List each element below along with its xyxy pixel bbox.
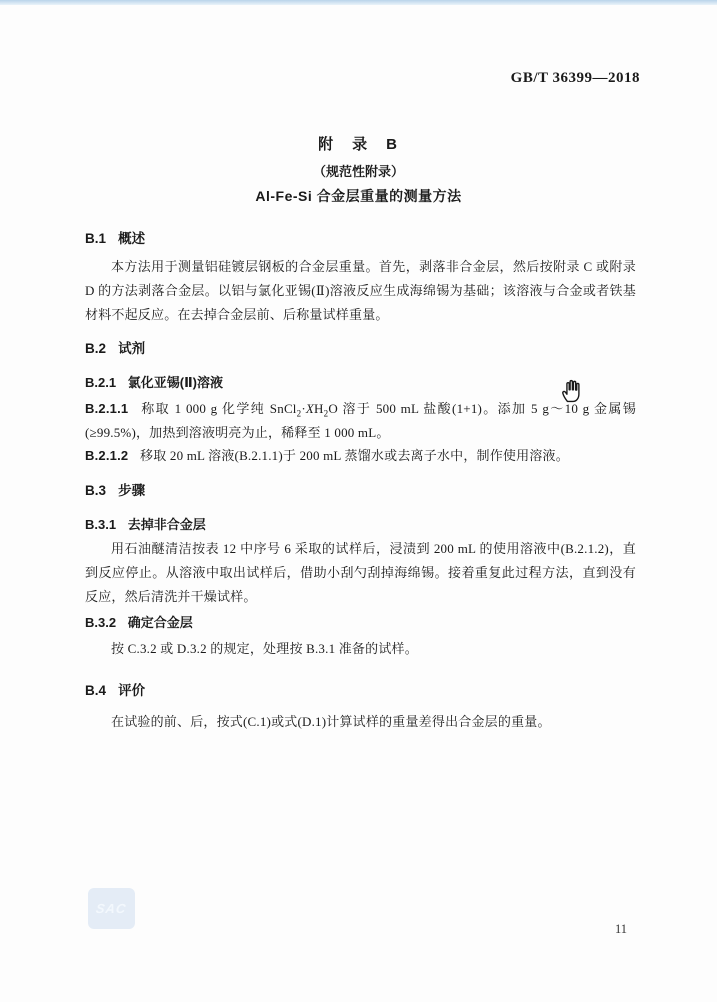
heading-b4-title: 评价 [118, 683, 145, 698]
heading-b21-title: 氯化亚锡(Ⅱ)溶液 [128, 375, 223, 390]
heading-b3-label: B.3 [85, 483, 106, 498]
appendix-title-block: 附 录 B （规范性附录） Al-Fe-Si 合金层重量的测量方法 [0, 133, 717, 206]
sac-watermark-logo: SAC [88, 888, 135, 929]
heading-b3-title: 步骤 [118, 483, 145, 498]
paragraph-b31: 用石油醚清洁按表 12 中序号 6 采取的试样后，浸渍到 200 mL 的使用溶… [85, 537, 636, 609]
chem-h: H [314, 401, 324, 416]
appendix-method-title: Al-Fe-Si 合金层重量的测量方法 [0, 186, 717, 206]
document-page: GB/T 36399—2018 附 录 B （规范性附录） Al-Fe-Si 合… [0, 0, 717, 1002]
heading-b21: B.2.1氯化亚锡(Ⅱ)溶液 [85, 372, 223, 391]
paragraph-b4: 在试验的前、后，按式(C.1)或式(D.1)计算试样的重量差得出合金层的重量。 [85, 710, 636, 734]
clause-b211-text-before: 称取 1 000 g 化学纯 SnCl [140, 401, 297, 416]
heading-b31: B.3.1去掉非合金层 [85, 514, 206, 533]
heading-b32: B.3.2确定合金层 [85, 612, 193, 631]
appendix-title: 附 录 B [0, 133, 717, 154]
heading-b32-label: B.3.2 [85, 615, 116, 630]
heading-b2-label: B.2 [85, 341, 106, 356]
hand-cursor-icon [558, 376, 584, 404]
clause-b212-text: 移取 20 mL 溶液(B.2.1.1)于 200 mL 蒸馏水或去离子水中，制… [140, 448, 569, 463]
heading-b4-label: B.4 [85, 683, 106, 698]
paragraph-b1: 本方法用于测量铝硅镀层钢板的合金层重量。首先，剥落非合金层，然后按附录 C 或附… [85, 255, 636, 327]
heading-b1-title: 概述 [118, 231, 145, 246]
heading-b1: B.1概述 [85, 227, 145, 247]
heading-b2-title: 试剂 [118, 341, 145, 356]
paragraph-b32: 按 C.3.2 或 D.3.2 的规定，处理按 B.3.1 准备的试样。 [85, 637, 636, 661]
heading-b21-label: B.2.1 [85, 375, 116, 390]
clause-b212: B.2.1.2移取 20 mL 溶液(B.2.1.1)于 200 mL 蒸馏水或… [85, 444, 636, 468]
clause-b211-label: B.2.1.1 [85, 401, 128, 416]
clause-b211: B.2.1.1称取 1 000 g 化学纯 SnCl2·XH2O 溶于 500 … [85, 397, 636, 445]
heading-b32-title: 确定合金层 [128, 615, 193, 630]
page-number: 11 [606, 922, 636, 937]
heading-b1-label: B.1 [85, 231, 106, 246]
chem-variable-x: X [306, 401, 314, 416]
heading-b3: B.3步骤 [85, 479, 145, 499]
sac-watermark-text: SAC [95, 901, 128, 916]
appendix-subtitle: （规范性附录） [0, 161, 717, 180]
heading-b31-label: B.3.1 [85, 517, 116, 532]
standard-number-header: GB/T 36399—2018 [511, 70, 640, 87]
heading-b31-title: 去掉非合金层 [128, 517, 206, 532]
heading-b4: B.4评价 [85, 679, 145, 699]
clause-b212-label: B.2.1.2 [85, 448, 128, 463]
heading-b2: B.2试剂 [85, 337, 145, 357]
page-top-edge-strip [0, 0, 717, 5]
